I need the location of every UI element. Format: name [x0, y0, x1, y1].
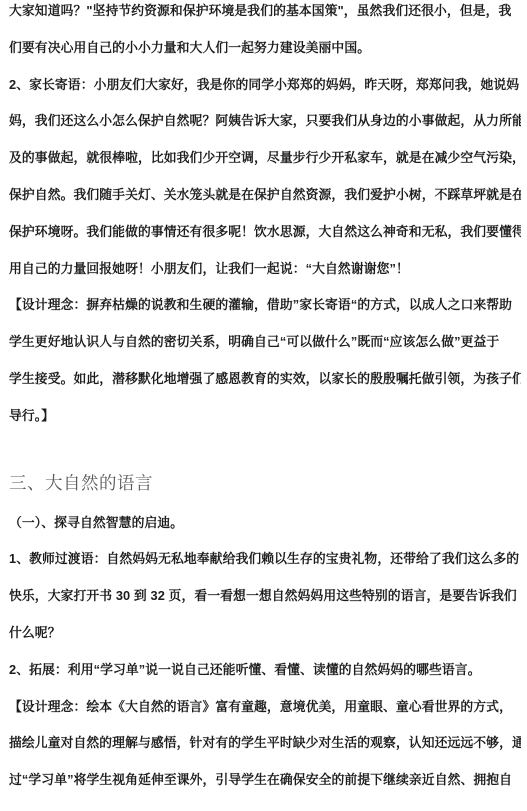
paragraph-line: 及的事做起，就很棒啦，比如我们少开空调，尽量步行少开私家车，就是在减少空气污染，	[9, 140, 521, 177]
paragraph-line: 2、家长寄语：小朋友们大家好，我是你的同学小郑郑的妈妈，昨天呀，郑郑问我，她说妈	[9, 67, 521, 104]
design-note-line: 导行。】	[9, 398, 521, 435]
design-note-line: 学生接受。如此，潜移默化地增强了感恩教育的实效，以家长的殷殷嘱托做引领，为孩子们	[9, 361, 521, 398]
paragraph-line: 2、拓展：利用“学习单”说一说自己还能听懂、看懂、读懂的自然妈妈的哪些语言。	[9, 652, 521, 689]
design-note-line: 学生更好地认识人与自然的密切关系，明确自己“可以做什么”既而“应该怎么做”更益于	[9, 324, 521, 361]
paragraph-line: 快乐，大家打开书 30 到 32 页，看一看想一想自然妈妈用这些特别的语言，是要…	[9, 578, 521, 615]
paragraph-line: 用自己的力量回报她呀！小朋友们，让我们一起说：“大自然谢谢您”！	[9, 251, 521, 288]
design-note-line: 过“学习单”将学生视角延伸至课外，引导学生在确保安全的前提下继续亲近自然、拥抱自	[9, 762, 521, 799]
paragraph-line: 们要有决心用自己的小小力量和大人们一起努力建设美丽中国。	[9, 30, 521, 67]
design-note-line: 【设计理念：绘本《大自然的语言》富有童趣，意境优美，用童眼、童心看世界的方式，	[9, 689, 521, 726]
paragraph-line: 妈，我们还这么小怎么保护自然呢？阿姨告诉大家，只要我们从身边的小事做起，从力所能	[9, 103, 521, 140]
paragraph-line: 什么呢？	[9, 615, 521, 652]
section-heading: 三、大自然的语言	[9, 461, 521, 505]
design-note-line: 描绘儿童对自然的理解与感悟，针对有的学生平时缺少对生活的观察，认知还远远不够，通	[9, 725, 521, 762]
paragraph-line: 保护自然。我们随手关灯、关水笼头就是在保护自然资源，我们爱护小树，不踩草坪就是在	[9, 177, 521, 214]
subsection-title: （一）、探寻自然智慧的启迪。	[9, 505, 521, 542]
paragraph-line: 保护环境呀。我们能做的事情还有很多呢！饮水思源，大自然这么神奇和无私，我们要懂得	[9, 214, 521, 251]
document-page: 大家知道吗？"坚持节约资源和保护环境是我们的基本国策"，虽然我们还很小，但是，我…	[0, 0, 527, 799]
design-note-line: 【设计理念：摒弃枯燥的说教和生硬的灌输，借助”家长寄语“的方式，以成人之口来帮助	[9, 287, 521, 324]
paragraph-line: 大家知道吗？"坚持节约资源和保护环境是我们的基本国策"，虽然我们还很小，但是，我	[9, 0, 521, 30]
paragraph-line: 1、教师过渡语：自然妈妈无私地奉献给我们赖以生存的宝贵礼物，还带给了我们这么多的	[9, 541, 521, 578]
